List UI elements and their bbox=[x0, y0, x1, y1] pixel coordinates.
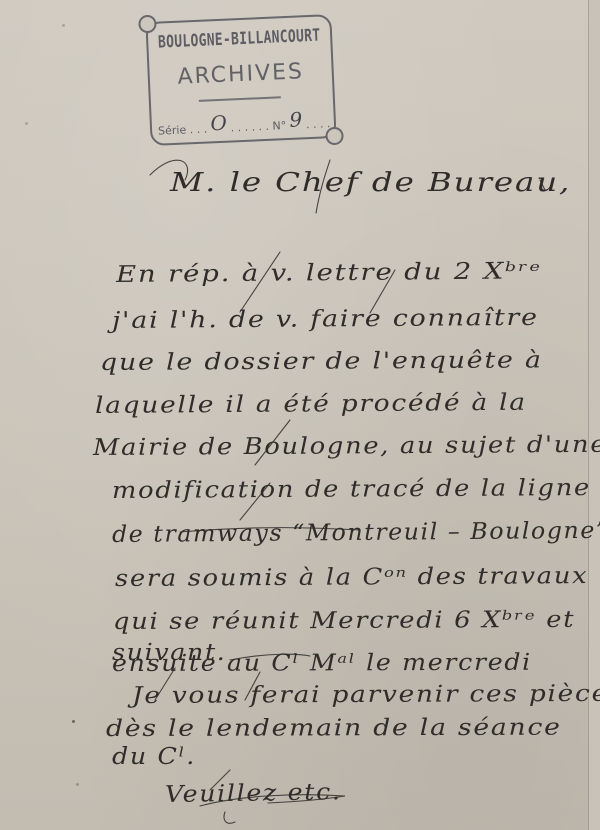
stamp-dots: . . . . . . bbox=[230, 120, 272, 135]
letter-line: laquelle il a été procédé à la bbox=[95, 390, 527, 419]
letter-line: j'ai l'h. de v. faire connaître bbox=[112, 305, 539, 334]
letter-line: En rép. à v. lettre du 2 Xᵇʳᵉ bbox=[116, 258, 542, 288]
stamp-serie-label: Série bbox=[158, 123, 187, 137]
letter-line: modification de tracé de la ligne bbox=[112, 475, 591, 504]
letter-line: sera soumis à la Cᵒⁿ des travaux bbox=[115, 563, 588, 592]
stamp-number-value: 9 bbox=[289, 107, 303, 132]
stamp-dots: . . . . bbox=[306, 117, 331, 131]
letter-line: Je vous ferai parvenir ces pièces bbox=[132, 681, 600, 709]
stamp-dots: . . . bbox=[189, 122, 211, 136]
letter-salutation: M. le Chef de Bureau, bbox=[170, 168, 571, 198]
ink-speck bbox=[25, 122, 28, 125]
letter-line: suivant. bbox=[112, 640, 226, 666]
archive-stamp: BOULOGNE-BILLANCOURT ARCHIVES Série . . … bbox=[145, 14, 336, 146]
letter-line: du Cˡ. bbox=[112, 744, 196, 770]
letter-line: de tramways “Montreuil – Boulogne”, bbox=[112, 518, 600, 548]
letter-closing: Veuillez etc. bbox=[165, 779, 342, 808]
stamp-serie-value: O bbox=[210, 111, 227, 136]
ink-speck bbox=[76, 783, 79, 786]
letter-line: Mairie de Boulogne, au sujet d'une bbox=[93, 432, 600, 461]
letter-page: BOULOGNE-BILLANCOURT ARCHIVES Série . . … bbox=[0, 0, 600, 830]
ink-speck bbox=[72, 720, 75, 723]
stamp-number-label: N° bbox=[272, 119, 286, 133]
ink-speck bbox=[62, 24, 65, 27]
letter-line: que le dossier de l'enquête à bbox=[100, 347, 543, 376]
letter-line: dès le lendemain de la séance bbox=[106, 715, 562, 742]
letter-line: qui se réunit Mercredi 6 Xᵇʳᵉ et bbox=[113, 607, 575, 635]
